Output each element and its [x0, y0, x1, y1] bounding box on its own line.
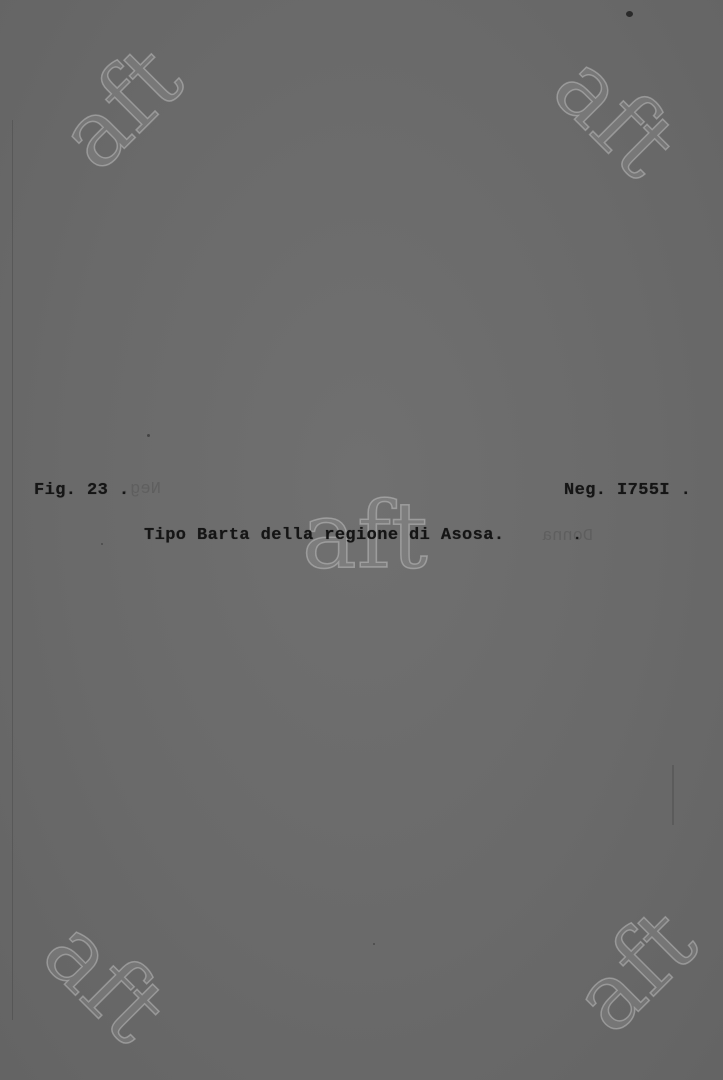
dust-speck	[147, 434, 150, 437]
trailing-mark: .	[573, 528, 582, 544]
dust-speck	[373, 943, 375, 945]
dust-speck	[626, 11, 633, 17]
dust-speck	[101, 543, 103, 545]
watermark-top-left: aft	[44, 31, 198, 185]
caption: Tipo Barta della regione di Asosa.	[144, 526, 504, 545]
negative-number: Neg. I755I .	[564, 481, 691, 500]
watermark-bottom-right: aft	[558, 894, 712, 1048]
paper-crease	[672, 765, 674, 825]
watermark-bottom-left: aft	[28, 904, 182, 1058]
bleed-through-right: Donna	[542, 527, 593, 546]
watermark-top-right: aft	[538, 39, 692, 193]
figure-label: Fig. 23 .	[34, 481, 129, 500]
archive-card: aft aft aft aft aft Neg. Donna Fig. 23 .…	[0, 0, 723, 1080]
paper-edge-line	[12, 120, 13, 1020]
